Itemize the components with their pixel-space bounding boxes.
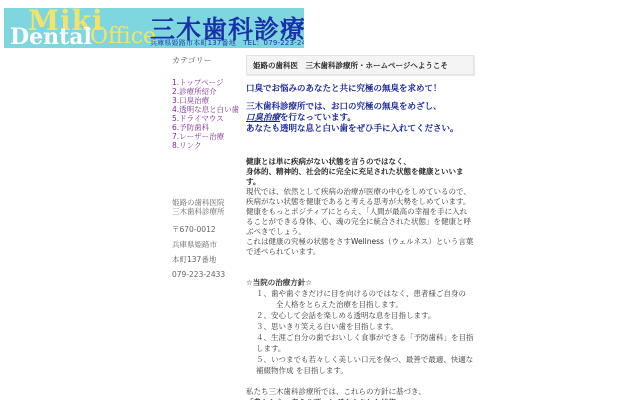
nav-link-halitosis-treatment[interactable]: 3.口臭治療 [172,96,209,105]
sidebar: カテゴリー 1.トップページ 2.診療所紹介 3.口臭治療 4.透明な息と白い歯… [172,55,242,282]
treatment-policy: ☆当院の治療方針☆ １、歯や歯ぐきだけに目を向けるのではなく、患者様ご自身の 全… [246,277,474,376]
site-banner[interactable]: Miki Dental Office 三木歯科診療所 兵庫県姫路市本町137番地… [4,8,304,48]
philosophy-bold2: 身体的、精神的、社会的に完全に充足された状態を健康といいます。 [246,167,474,187]
philosophy-bold1: 健康とは単に疾病がない状態を言うのではなく、 [246,157,474,167]
category-nav: 1.トップページ 2.診療所紹介 3.口臭治療 4.透明な息と白い歯 5.ドライ… [172,78,242,150]
clinic-address1: 兵庫県姫路市 [172,237,242,252]
philosophy-p1: 現代では、依然として疾病の治療が医療の中心をしめているので、疾病がない状態を健康… [246,187,474,207]
category-heading: カテゴリー [172,55,242,66]
policy-item: ４、生涯ご自分の歯でおいしく食事ができる「予防歯科」を目指 します。 [246,332,474,354]
main-content: 姫路の歯科医 三木歯科診療所・ホームページへようこそ 口臭でお悩みのあなたと共に… [246,55,474,400]
intro-block: 三木歯科診療所では、お口の究極の無臭をめざし、 口臭治療を行なっています。 あな… [246,102,474,135]
policy-item: １、歯や歯ぐきだけに目を向けるのではなく、患者様ご自身の [246,288,474,299]
closing-line: 私たち三木歯科診療所では、これらの方針に基づき、 [246,386,474,397]
philosophy-block: 健康とは単に疾病がない状態を言うのではなく、 身体的、精神的、社会的に完全に充足… [246,157,474,257]
clinic-phone: 079-223-2433 [172,267,242,282]
clinic-address2: 本町137番地 [172,252,242,267]
closing-block: 私たち三木歯科診療所では、これらの方針に基づき、 「豊かな心、考える頭、とぎすま… [246,386,474,400]
policy-item: ５、いつまでも若々しく美しい口元を保つ、最善で最適、快適な補綴物作成 を目指しま… [246,354,474,376]
philosophy-p2: 健康をもっとポジティブにとらえ、「人間が最高の幸福を手に入れることができる身体、… [246,207,474,237]
policy-item: ２、安心して会話を楽しめる透明な息を目指します。 [246,310,474,321]
nav-link-links[interactable]: 8.リンク [172,141,202,150]
welcome-heading: 姫路の歯科医 三木歯科診療所・ホームページへようこそ [246,55,474,75]
policy-title: ☆当院の治療方針☆ [246,277,474,288]
clinic-info: 姫路の歯科医院 三木歯科診療所 〒670-0012 兵庫県姫路市 本町137番地… [172,198,242,282]
logo-office-text: Office [90,24,156,48]
halitosis-treatment-link[interactable]: 口臭治療 [246,113,280,123]
policy-item: ３、思いきり笑える白い歯を目指します。 [246,321,474,332]
clinic-name-line2: 三木歯科診療所 [172,207,242,216]
clinic-postal: 〒670-0012 [172,222,242,237]
nav-link-dry-mouth[interactable]: 5.ドライマウス [172,114,224,123]
nav-link-preventive-dentistry[interactable]: 6.予防歯科 [172,123,209,132]
intro-line1: 三木歯科診療所では、お口の究極の無臭をめざし、 [246,102,474,113]
nav-link-laser-treatment[interactable]: 7.レーザー治療 [172,132,224,141]
nav-link-clear-breath-white-teeth[interactable]: 4.透明な息と白い歯 [172,105,239,114]
intro-line2: を行なっています。 [280,113,356,123]
clinic-name-line1: 姫路の歯科医院 [172,198,242,207]
philosophy-p3: これは健康の究極の状態をさすWellness（ウェルネス）という言葉で述べられて… [246,237,474,257]
intro-line3: あなたも透明な息と白い歯をぜひ手に入れてください。 [246,124,474,135]
nav-link-clinic-intro[interactable]: 2.診療所紹介 [172,87,217,96]
nav-link-top-page[interactable]: 1.トップページ [172,78,223,87]
policy-item-cont: 全人格をとらえた治療を目指します。 [246,299,474,310]
lead-text: 口臭でお悩みのあなたと共に究極の無臭を求めて！ [246,82,474,94]
logo-dental-text: Dental [10,24,92,48]
banner-address: 兵庫県姫路市本町137番地 TEL：079-223-2433 [150,38,304,48]
